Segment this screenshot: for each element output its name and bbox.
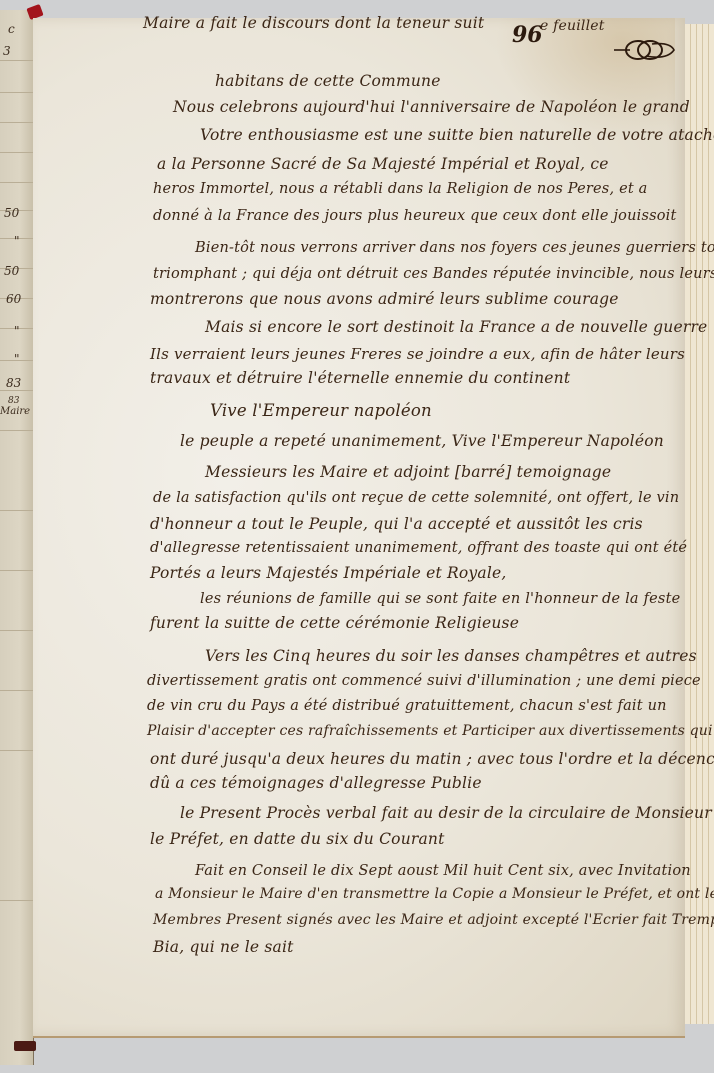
text-line: Vers les Cinq heures du soir les danses … — [205, 647, 697, 665]
text-line: donné à la France des jours plus heureux… — [153, 208, 677, 224]
text-line: divertissement gratis ont commencé suivi… — [147, 673, 701, 689]
text-line: Portés a leurs Majestés Impériale et Roy… — [150, 564, 507, 582]
text-line: Ils verraient leurs jeunes Freres se joi… — [150, 345, 685, 363]
ruled-line — [0, 690, 33, 691]
text-line: de la satisfaction qu'ils ont reçue de c… — [153, 490, 679, 506]
text-line: d'honneur a tout le Peuple, qui l'a acce… — [150, 515, 643, 533]
text-line: habitans de cette Commune — [215, 72, 441, 90]
text-line: Bien-tôt nous verrons arriver dans nos f… — [195, 240, 714, 256]
folio-number: 96 — [512, 22, 543, 48]
ruled-line — [0, 630, 33, 631]
text-line: le Préfet, en datte du six du Courant — [150, 830, 445, 848]
text-line: a la Personne Sacré de Sa Majesté Impéri… — [157, 155, 609, 173]
margin-note: 50 — [4, 264, 19, 278]
text-line: ont duré jusqu'a deux heures du matin ; … — [150, 750, 714, 768]
ruled-line — [0, 152, 33, 153]
text-line: triomphant ; qui déja ont détruit ces Ba… — [153, 266, 714, 282]
margin-note: 83 — [8, 396, 19, 406]
text-line: travaux et détruire l'éternelle ennemie … — [150, 369, 570, 387]
text-line: heros Immortel, nous a rétabli dans la R… — [153, 181, 648, 197]
ruled-line — [0, 92, 33, 93]
margin-note: 3 — [3, 44, 11, 58]
ruled-line — [0, 900, 33, 901]
text-line: Bia, qui ne le sait — [153, 938, 294, 956]
text-line: d'allegresse retentissaient unanimement,… — [150, 540, 687, 556]
margin-note: " — [14, 324, 20, 338]
section-heading: Vive l'Empereur napoléon — [210, 401, 432, 420]
text-line: Plaisir d'accepter ces rafraîchissements… — [147, 723, 713, 739]
text-line: Mais si encore le sort destinoit la Fran… — [205, 318, 707, 336]
text-line: furent la suitte de cette cérémonie Reli… — [150, 614, 519, 632]
text-line: le Present Procès verbal fait au desir d… — [180, 804, 712, 822]
margin-note: " — [14, 234, 20, 248]
text-line: a Monsieur le Maire d'en transmettre la … — [155, 886, 714, 902]
text-line: dû a ces témoignages d'allegresse Publie — [150, 774, 482, 792]
margin-note: 60 — [6, 292, 21, 306]
text-line: de vin cru du Pays a été distribué gratu… — [147, 698, 667, 714]
header-line: Maire a fait le discours dont la teneur … — [143, 14, 484, 32]
ruled-line — [0, 570, 33, 571]
text-line: Nous celebrons aujourd'hui l'anniversair… — [173, 98, 690, 116]
previous-page-edge: c 3 50 " 50 60 " " 83 83 Maire — [0, 10, 34, 1065]
margin-note: 83 — [6, 376, 21, 390]
signature-flourish-icon — [612, 34, 676, 64]
ruled-line — [0, 430, 33, 431]
ruled-line — [0, 750, 33, 751]
ruled-line — [0, 182, 33, 183]
ruled-line — [0, 122, 33, 123]
ruled-line — [0, 510, 33, 511]
margin-note: c — [8, 22, 15, 36]
text-line: Messieurs les Maire et adjoint [barré] t… — [205, 463, 611, 481]
margin-note: 50 — [4, 206, 19, 220]
margin-note: " — [14, 352, 20, 366]
binding-corner — [14, 1041, 36, 1051]
text-line: les réunions de famille qui se sont fait… — [200, 591, 680, 607]
text-line: le peuple a repeté unanimement, Vive l'E… — [180, 432, 664, 450]
folio-suffix: e feuillet — [540, 18, 605, 34]
text-line: Membres Present signés avec les Maire et… — [153, 912, 714, 928]
ruled-line — [0, 390, 33, 391]
text-line: Fait en Conseil le dix Sept aoust Mil hu… — [195, 863, 691, 879]
text-line: Votre enthousiasme est une suitte bien n… — [200, 126, 714, 144]
text-line: montrerons que nous avons admiré leurs s… — [150, 290, 619, 308]
margin-note: Maire — [0, 406, 30, 417]
ruled-line — [0, 60, 33, 61]
